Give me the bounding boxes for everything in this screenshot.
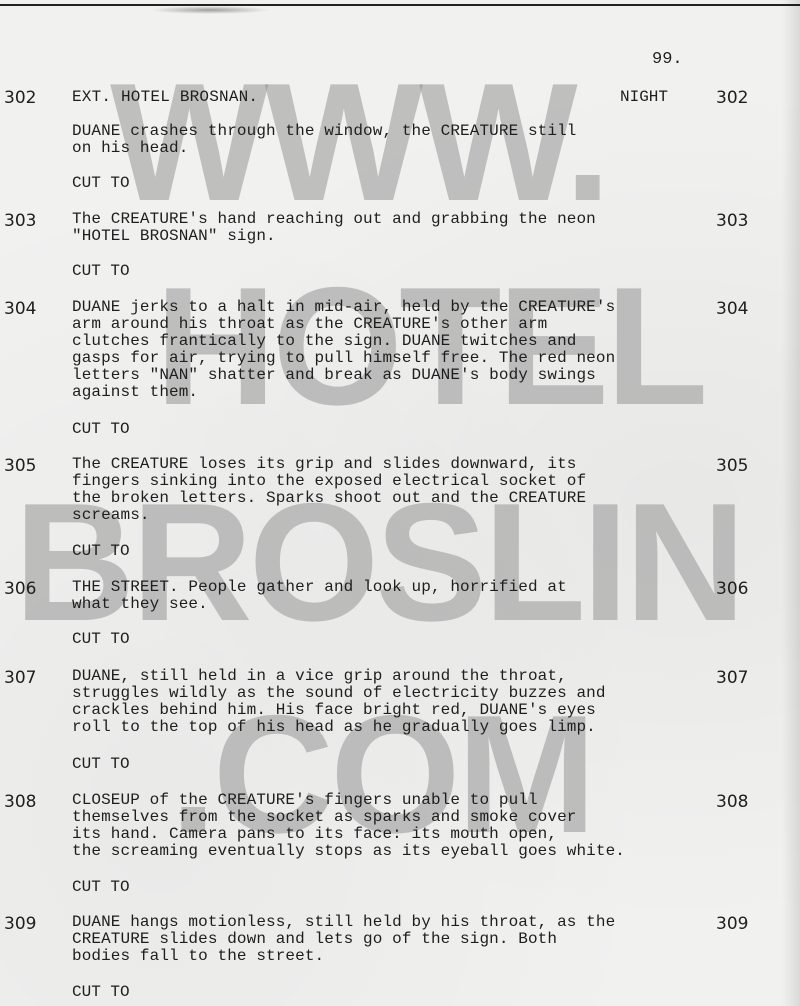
script-page: 99. 302 EXT. HOTEL BROSNAN. NIGHT 302 DU… [0, 0, 800, 1006]
scene-heading: EXT. HOTEL BROSNAN. [72, 88, 258, 106]
scene-number-left: 304 [4, 299, 36, 319]
scene-transition: CUT TO [72, 420, 130, 438]
scene-number-left: 303 [4, 211, 36, 231]
scene-action: The CREATURE loses its grip and slides d… [72, 456, 712, 524]
scene-transition: CUT TO [72, 542, 130, 560]
scene-action: DUANE, still held in a vice grip around … [72, 668, 712, 736]
scene-number-right: 308 [716, 792, 748, 812]
scene-number-left: 309 [4, 914, 36, 934]
scene-transition: CUT TO [72, 262, 130, 280]
scene-transition: CUT TO [72, 983, 130, 1001]
scene-action: THE STREET. People gather and look up, h… [72, 579, 712, 613]
scene-transition: CUT TO [72, 630, 130, 648]
scene-number-right: 304 [716, 299, 748, 319]
scene-transition: CUT TO [72, 878, 130, 896]
scene-action: DUANE jerks to a halt in mid-air, held b… [72, 299, 712, 401]
scene-number-right: 305 [716, 456, 748, 476]
scene-transition: CUT TO [72, 174, 130, 192]
scene-number-left: 302 [4, 88, 36, 108]
scene-number-left: 307 [4, 668, 36, 688]
scene-action: CLOSEUP of the CREATURE's fingers unable… [72, 792, 712, 860]
scene-action: DUANE hangs motionless, still held by hi… [72, 914, 712, 965]
scene-number-left: 308 [4, 792, 36, 812]
scene-time: NIGHT [620, 88, 668, 106]
scene-transition: CUT TO [72, 755, 130, 773]
page-number: 99. [652, 50, 683, 69]
scene-action: DUANE crashes through the window, the CR… [72, 123, 712, 157]
scene-number-right: 309 [716, 914, 748, 934]
scene-number-right: 306 [716, 579, 748, 599]
scene-action: The CREATURE's hand reaching out and gra… [72, 211, 712, 245]
scene-number-left: 306 [4, 579, 36, 599]
scene-number-left: 305 [4, 456, 36, 476]
scene-number-right: 307 [716, 668, 748, 688]
scene-number-right: 302 [716, 88, 748, 108]
scene-number-right: 303 [716, 211, 748, 231]
